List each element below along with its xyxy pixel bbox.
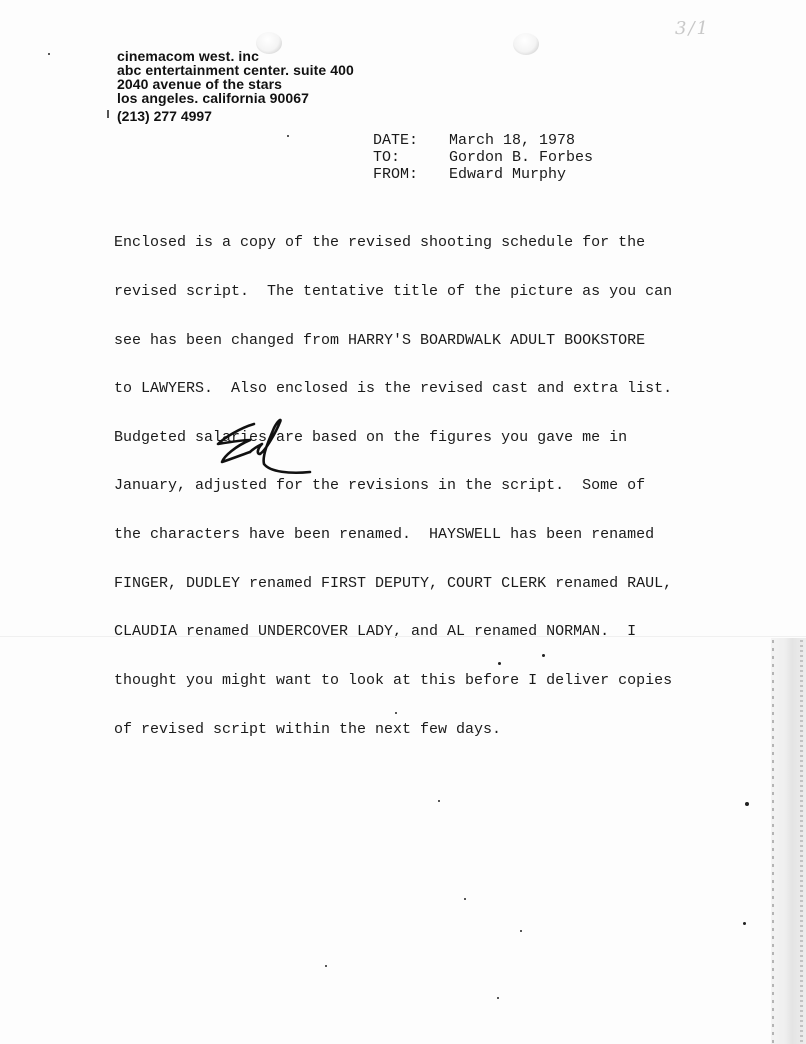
- to-label: TO:: [373, 149, 449, 166]
- punch-hole-right: [513, 33, 539, 55]
- scanner-edge-line: [800, 640, 803, 1044]
- page-fold-line: [0, 636, 806, 637]
- scan-speck: [743, 922, 746, 925]
- scan-speck: [464, 898, 466, 900]
- memo-header: DATE: March 18, 1978 TO: Gordon B. Forbe…: [373, 132, 593, 183]
- scan-speck: [325, 965, 327, 967]
- scan-speck: [438, 800, 440, 802]
- body-line: the characters have been renamed. HAYSWE…: [114, 527, 734, 543]
- body-line: Enclosed is a copy of the revised shooti…: [114, 235, 734, 251]
- body-line: thought you might want to look at this b…: [114, 673, 734, 689]
- pen-mark: [107, 110, 109, 118]
- from-label: FROM:: [373, 166, 449, 183]
- scan-speck: [287, 135, 289, 137]
- from-value: Edward Murphy: [449, 166, 566, 183]
- memo-from-row: FROM: Edward Murphy: [373, 166, 593, 183]
- date-value: March 18, 1978: [449, 132, 575, 149]
- body-line: CLAUDIA renamed UNDERCOVER LADY, and AL …: [114, 624, 734, 640]
- scan-speck: [520, 930, 522, 932]
- body-line: Budgeted salaries are based on the figur…: [114, 430, 734, 446]
- letterhead: cinemacom west. inc abc entertainment ce…: [117, 49, 354, 105]
- letterhead-city: los angeles. california 90067: [117, 91, 354, 105]
- body-line: of revised script within the next few da…: [114, 722, 734, 738]
- scan-speck: [48, 53, 50, 55]
- memo-body: Enclosed is a copy of the revised shooti…: [114, 203, 734, 770]
- scan-speck: [745, 802, 749, 806]
- memo-to-row: TO: Gordon B. Forbes: [373, 149, 593, 166]
- body-line: FINGER, DUDLEY renamed FIRST DEPUTY, COU…: [114, 576, 734, 592]
- scan-speck: [542, 654, 545, 657]
- body-line: see has been changed from HARRY'S BOARDW…: [114, 333, 734, 349]
- letterhead-phone: (213) 277 4997: [117, 108, 212, 124]
- scan-speck: [498, 662, 501, 665]
- letterhead-address-2: 2040 avenue of the stars: [117, 77, 354, 91]
- signature-initials: [210, 410, 320, 490]
- body-line: revised script. The tentative title of t…: [114, 284, 734, 300]
- letterhead-company: cinemacom west. inc: [117, 49, 354, 63]
- date-label: DATE:: [373, 132, 449, 149]
- memo-page: cinemacom west. inc abc entertainment ce…: [0, 0, 806, 1044]
- handwritten-date-note: 3/1: [675, 18, 710, 39]
- body-line: to LAWYERS. Also enclosed is the revised…: [114, 381, 734, 397]
- scanner-edge-line: [772, 640, 774, 1044]
- memo-date-row: DATE: March 18, 1978: [373, 132, 593, 149]
- to-value: Gordon B. Forbes: [449, 149, 593, 166]
- scan-speck: [497, 997, 499, 999]
- scan-speck: [395, 712, 397, 714]
- body-line: January, adjusted for the revisions in t…: [114, 478, 734, 494]
- letterhead-address-1: abc entertainment center. suite 400: [117, 63, 354, 77]
